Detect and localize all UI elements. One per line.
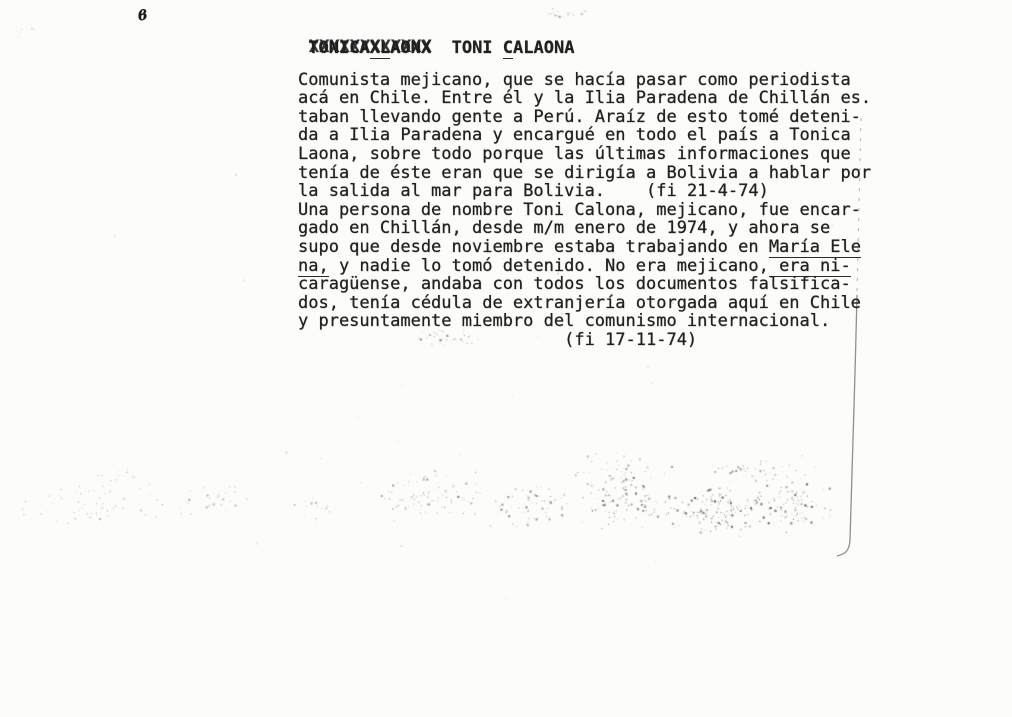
document-line-with-date: la salida al mar para Bolivia. (fi 21-4-… bbox=[298, 182, 898, 201]
document-line: acá en Chile. Entre él y la Ilia Paraden… bbox=[298, 89, 898, 108]
handwritten-mark: ϐ bbox=[137, 8, 148, 25]
document-line: gado en Chillán, desde m/m enero de 1974… bbox=[298, 219, 898, 238]
document-line: Laona, sobre todo porque las últimas inf… bbox=[298, 145, 898, 164]
document-line: da a Ilia Paradena y encargué en todo el… bbox=[298, 126, 898, 145]
document-line: supo que desde noviembre estaba trabajan… bbox=[298, 238, 898, 257]
document-lines: TONICAXXXXXXXLXXAONXXXXX TONI CALAONACom… bbox=[298, 39, 898, 350]
document-page: ϐ TONICAXXXXXXXLXXAONXXXXX TONI CALAONAC… bbox=[0, 0, 1012, 717]
document-line: tenía de éste eran que se dirigía a Boli… bbox=[298, 164, 898, 183]
document-line: na, y nadie lo tomó detenido. No era mej… bbox=[298, 257, 898, 276]
document-line-with-date: (fi 17-11-74) bbox=[298, 331, 898, 350]
document-line: Una persona de nombre Toni Calona, mejic… bbox=[298, 201, 898, 220]
page-title: TONICAXXXXXXXLXXAONXXXXX TONI CALAONA bbox=[298, 39, 898, 58]
document-line: caragüense, andaba con todos los documen… bbox=[298, 275, 898, 294]
document-line: taban llevando gente a Perú. Araíz de es… bbox=[298, 108, 898, 127]
document-line: dos, tenía cédula de extranjería otorgad… bbox=[298, 294, 898, 313]
document-line: Comunista mejicano, que se hacía pasar c… bbox=[298, 71, 898, 90]
document-line: y presuntamente miembro del comunismo in… bbox=[298, 312, 898, 331]
